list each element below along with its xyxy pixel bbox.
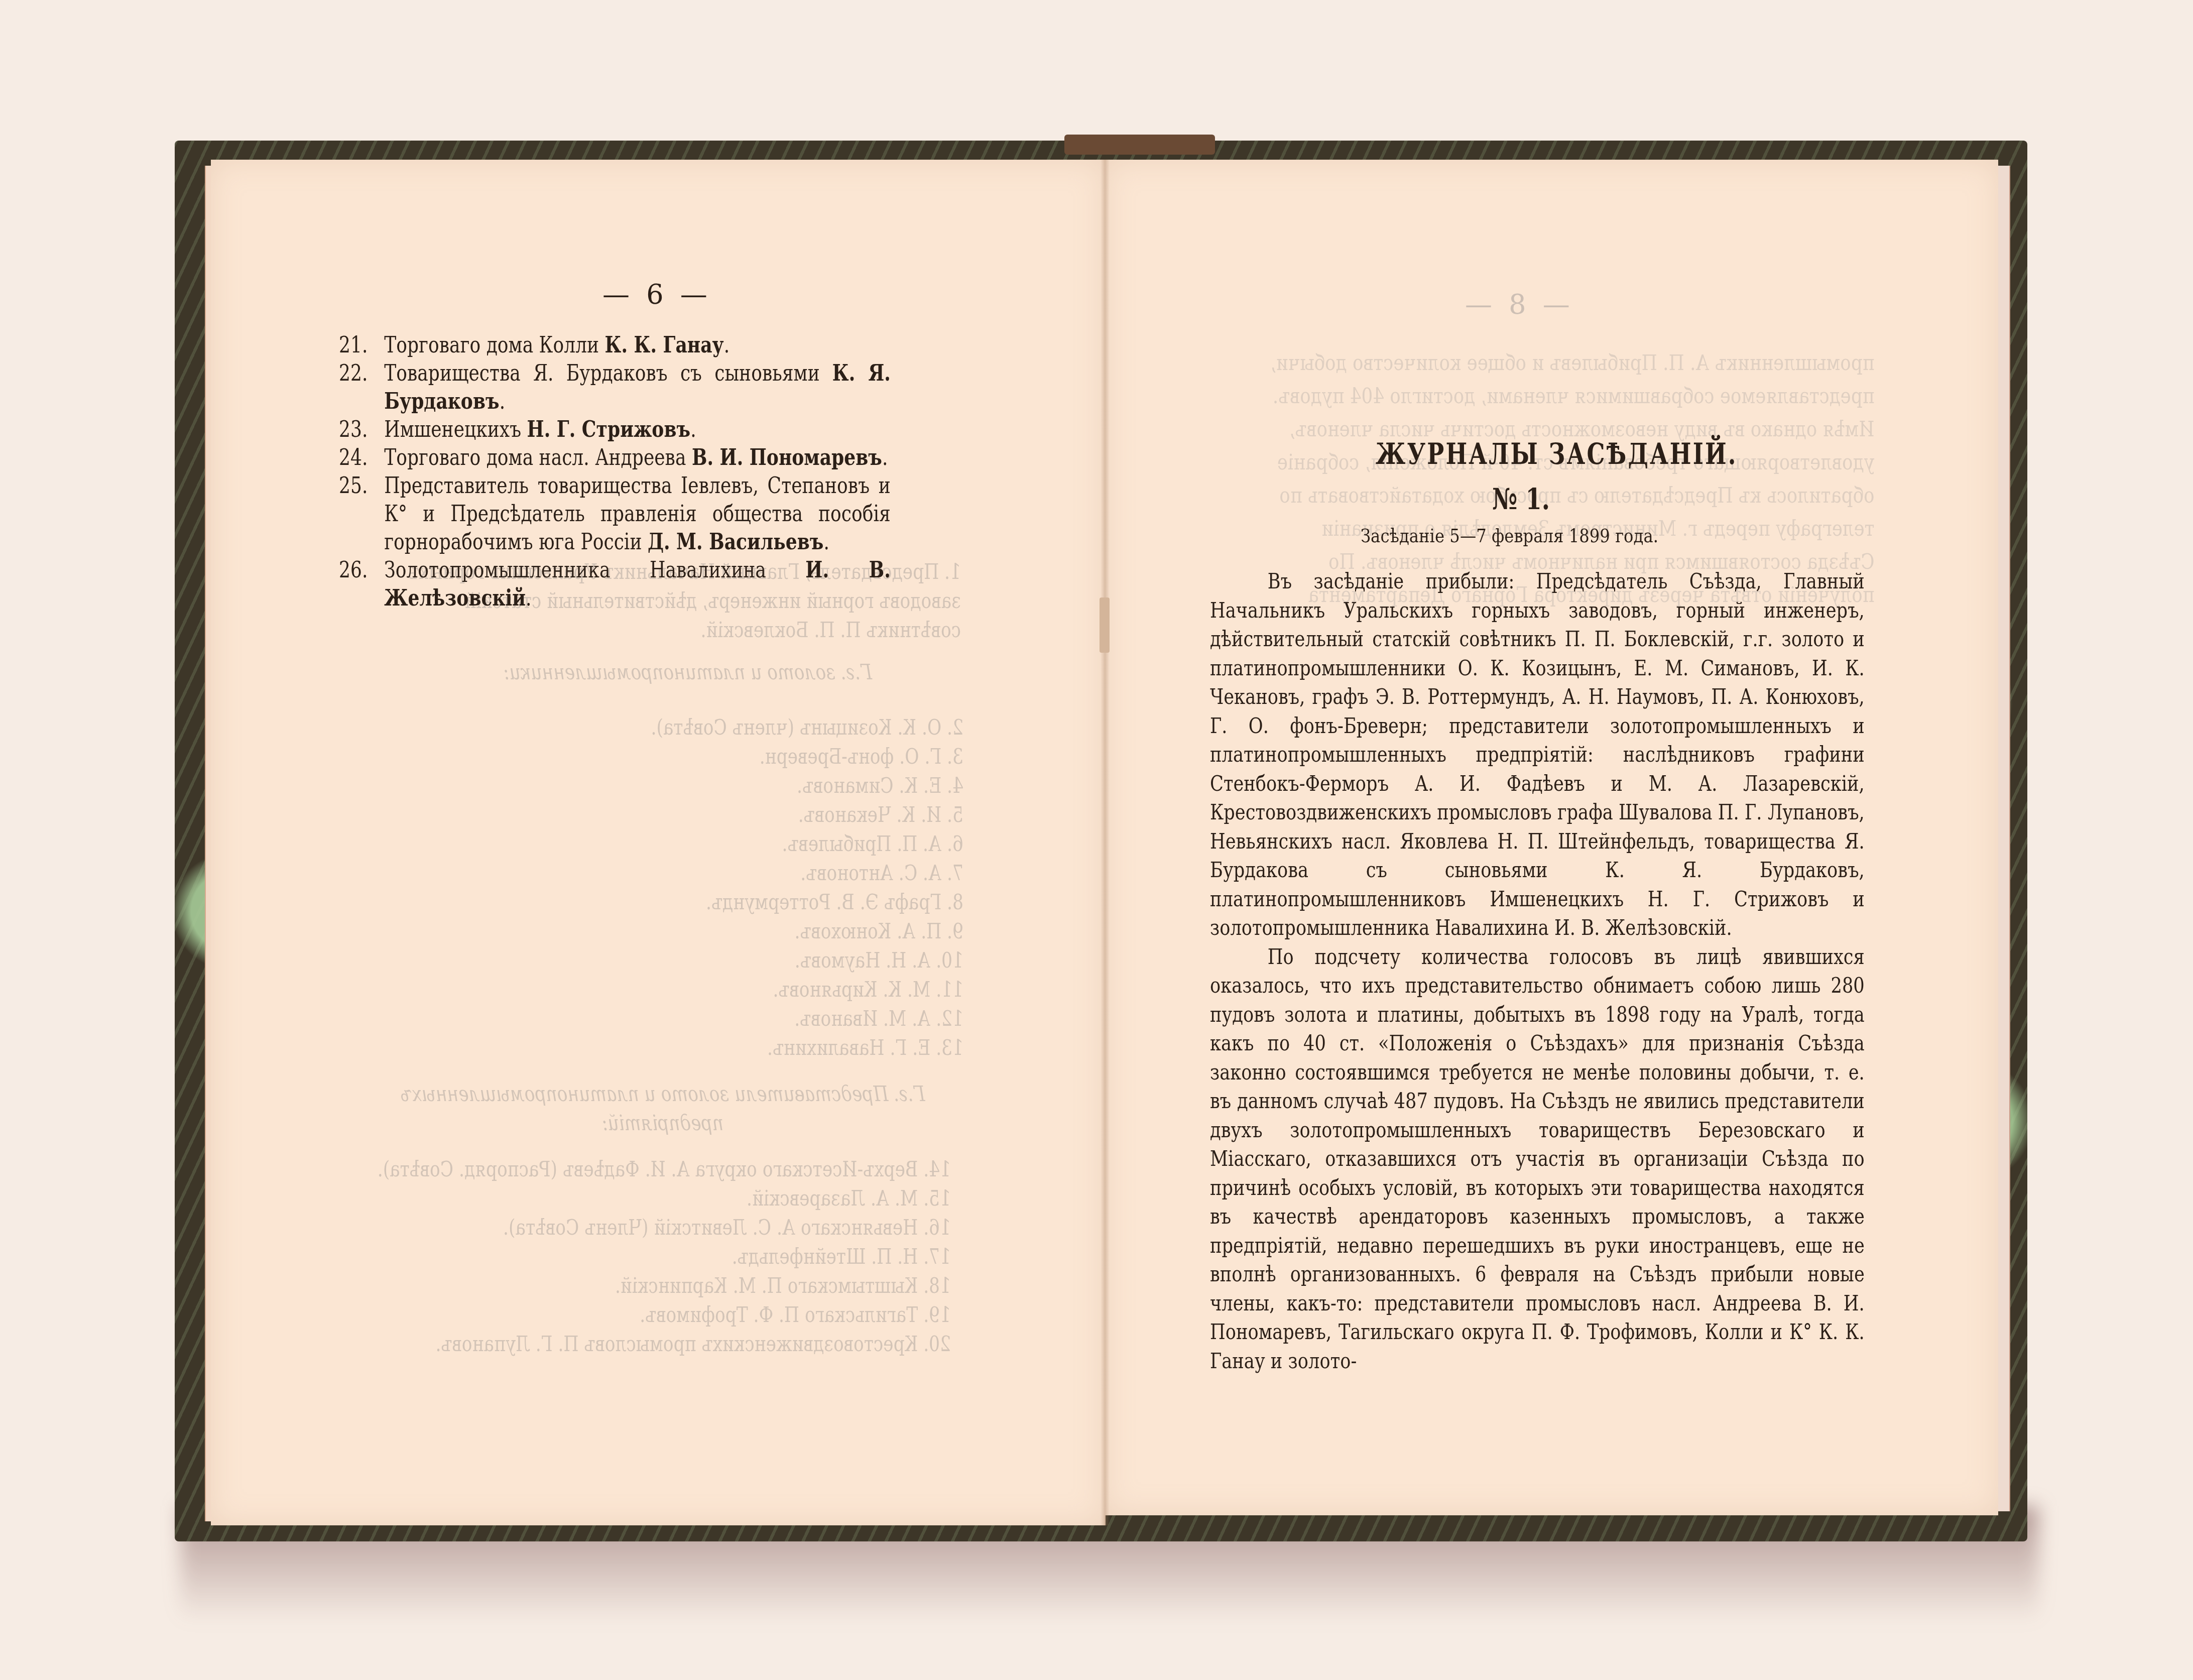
book-spine — [1064, 135, 1215, 155]
list-item: 22. Товарищества Я. Бурдаковъ съ сыновья… — [339, 359, 891, 416]
list-item: 25. Представитель товарищества Іевлевъ, … — [339, 472, 891, 556]
item-number: 23. — [339, 416, 384, 444]
person-name: Д. М. Васильевъ — [648, 529, 823, 555]
person-name: В. И. Пономаревъ — [692, 445, 882, 470]
item-number: 26. — [339, 556, 384, 613]
person-name: Н. Г. Стрижовъ — [527, 417, 691, 442]
bleed-through-heading-2: Г.г. Представители золото и платинопромы… — [375, 1079, 951, 1138]
list-item: 21. Торговаго дома Колли К. К. Ганау. — [339, 331, 891, 359]
list-item: 26. Золотопромышленника Навалихина И. В.… — [339, 556, 891, 613]
left-page-number: — 6 — — [602, 279, 711, 310]
item-number: 24. — [339, 444, 384, 472]
participant-list: 21. Торговаго дома Колли К. К. Ганау. 22… — [339, 331, 891, 613]
right-page-number-bleed: — 8 — — [1461, 289, 1570, 320]
right-page-edges — [1998, 166, 2010, 1511]
item-number: 22. — [339, 359, 384, 416]
bleed-through-list: 2. О. К. Козицынъ (членъ Совѣта). 3. Г. … — [593, 713, 963, 1062]
paragraph: Въ засѣданіе прибыли: Предсѣдатель Съѣзд… — [1210, 567, 1865, 943]
bleed-through-list-2: 14. Верхъ-Исетскаго округа А. И. Фадѣевъ… — [375, 1155, 951, 1359]
session-date: Засѣданіе 5—7 февраля 1899 года. — [1361, 525, 1658, 547]
journal-number: № 1. — [1492, 482, 1550, 516]
person-name: К. К. Ганау — [605, 332, 724, 358]
session-minutes-text: Въ засѣданіе прибыли: Предсѣдатель Съѣзд… — [1210, 567, 1865, 1376]
paragraph: По подсчету количества голосовъ въ лицѣ … — [1210, 943, 1865, 1376]
book-gutter — [1101, 160, 1110, 1525]
binding-thread-tear — [1100, 597, 1110, 653]
bleed-through-heading: Г.г. золото и платинопромышленники: — [420, 658, 955, 687]
list-item: 24. Торговаго дома насл. Андреева В. И. … — [339, 444, 891, 472]
section-title: ЖУРНАЛЫ ЗАСѢДАНІЙ. — [1376, 437, 1738, 471]
item-number: 25. — [339, 472, 384, 556]
list-item: 23. Имшенецкихъ Н. Г. Стрижовъ. — [339, 416, 891, 444]
item-number: 21. — [339, 331, 384, 359]
